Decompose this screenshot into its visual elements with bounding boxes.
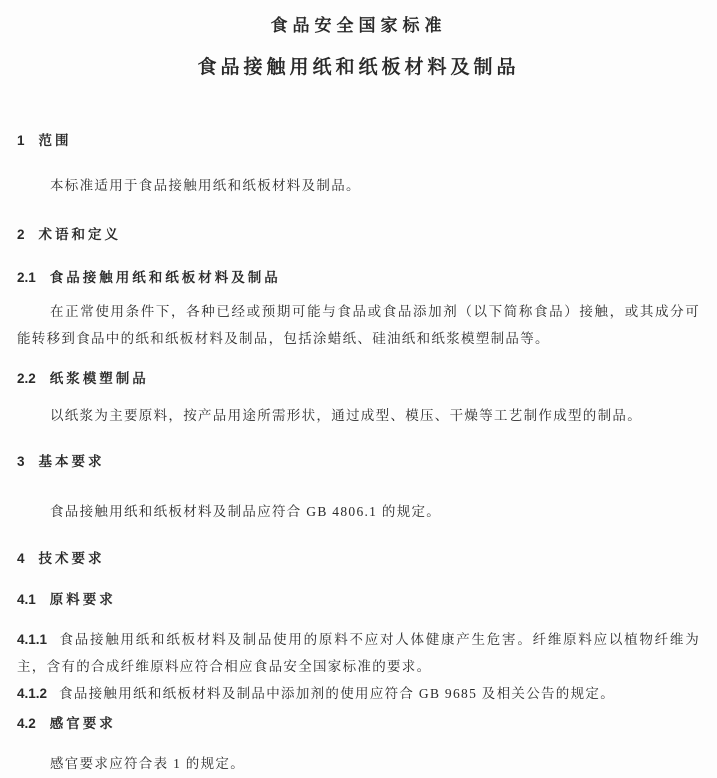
heading-4-technical-requirements: 4技术要求 bbox=[17, 549, 700, 569]
paragraph-2-1-body: 在正常使用条件下，各种已经或预期可能与食品或食品添加剂（以下简称食品）接触，或其… bbox=[17, 298, 700, 352]
heading-2-2-pulp-molded: 2.2纸浆模塑制品 bbox=[17, 369, 700, 389]
heading-1-scope: 1范围 bbox=[17, 131, 700, 151]
clause-number: 3 bbox=[17, 454, 25, 469]
clause-title: 基本要求 bbox=[39, 454, 105, 469]
clause-title: 术语和定义 bbox=[39, 227, 122, 242]
document-title-line1: 食品安全国家标准 bbox=[0, 14, 717, 38]
heading-4-2-sensory-requirements: 4.2感官要求 bbox=[17, 714, 700, 734]
heading-2-terms: 2术语和定义 bbox=[17, 225, 700, 245]
paragraph-3-body: 食品接触用纸和纸板材料及制品应符合 GB 4806.1 的规定。 bbox=[17, 498, 700, 525]
clause-number: 2 bbox=[17, 227, 25, 242]
clause-body: 食品接触用纸和纸板材料及制品使用的原料不应对人体健康产生危害。纤维原料应以植物纤… bbox=[17, 632, 700, 674]
clause-title: 技术要求 bbox=[39, 551, 105, 566]
clause-number: 4.1.1 bbox=[17, 632, 47, 647]
heading-3-basic-requirements: 3基本要求 bbox=[17, 452, 700, 472]
clause-number: 4.2 bbox=[17, 716, 36, 731]
clause-number: 4.1.2 bbox=[17, 686, 47, 701]
paragraph-2-2-body: 以纸浆为主要原料，按产品用途所需形状，通过成型、模压、干燥等工艺制作成型的制品。 bbox=[17, 402, 700, 429]
heading-4-1-raw-materials: 4.1原料要求 bbox=[17, 590, 700, 610]
document-page: 食品安全国家标准 食品接触用纸和纸板材料及制品 1范围 本标准适用于食品接触用纸… bbox=[0, 0, 717, 778]
clause-title: 纸浆模塑制品 bbox=[50, 371, 149, 386]
paragraph-scope-body: 本标准适用于食品接触用纸和纸板材料及制品。 bbox=[17, 172, 700, 199]
clause-title: 原料要求 bbox=[50, 592, 116, 607]
paragraph-4-2-body: 感官要求应符合表 1 的规定。 bbox=[17, 750, 700, 777]
document-title-line2: 食品接触用纸和纸板材料及制品 bbox=[0, 54, 717, 82]
heading-2-1-definition: 2.1食品接触用纸和纸板材料及制品 bbox=[17, 268, 700, 288]
clause-title: 食品接触用纸和纸板材料及制品 bbox=[50, 270, 281, 285]
clause-title: 范围 bbox=[39, 133, 72, 148]
clause-4-1-2: 4.1.2食品接触用纸和纸板材料及制品中添加剂的使用应符合 GB 9685 及相… bbox=[17, 680, 700, 707]
clause-title: 感官要求 bbox=[50, 716, 116, 731]
clause-number: 1 bbox=[17, 133, 25, 148]
clause-number: 2.2 bbox=[17, 371, 36, 386]
clause-number: 4 bbox=[17, 551, 25, 566]
clause-number: 2.1 bbox=[17, 270, 36, 285]
clause-number: 4.1 bbox=[17, 592, 36, 607]
clause-body: 食品接触用纸和纸板材料及制品中添加剂的使用应符合 GB 9685 及相关公告的规… bbox=[59, 686, 615, 701]
clause-4-1-1: 4.1.1食品接触用纸和纸板材料及制品使用的原料不应对人体健康产生危害。纤维原料… bbox=[17, 626, 700, 680]
